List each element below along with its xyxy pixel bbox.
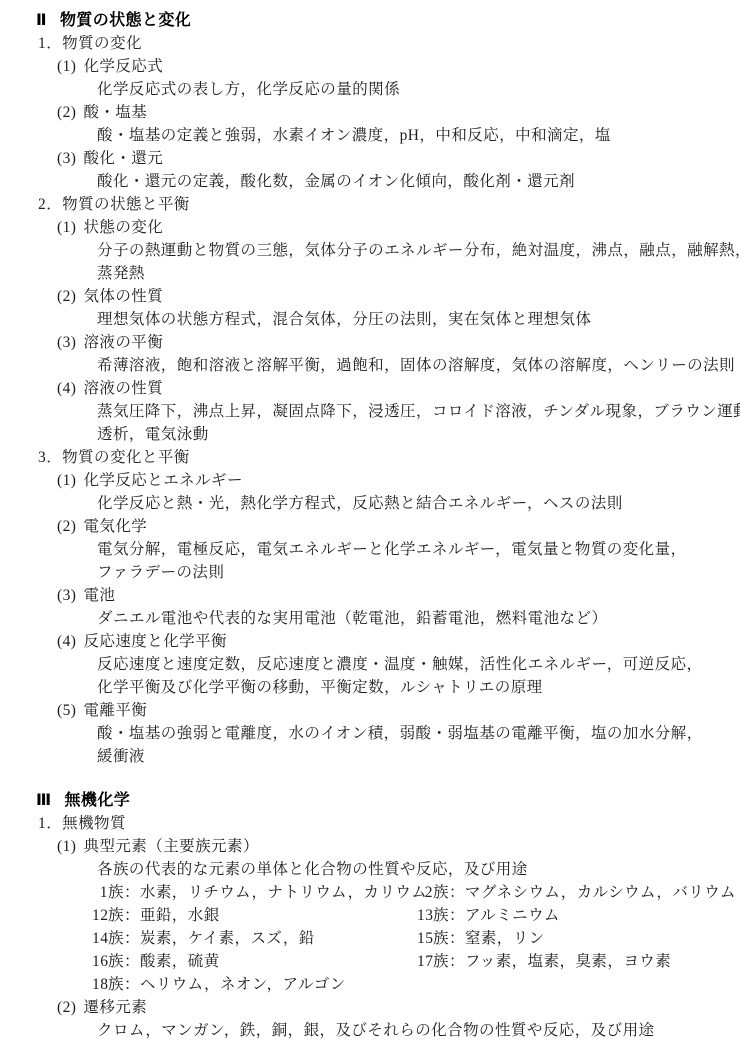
detail-line: 希薄溶液，飽和溶液と溶解平衡，過飽和，固体の溶解度，気体の溶解度，ヘンリーの法則 [36,354,724,377]
element-family-row: 18族：ヘリウム，ネオン，アルゴン [36,973,724,996]
item-title: 電気化学 [83,518,147,535]
family-cell-left: 14族：炭素，ケイ素，スズ，鉛 [92,930,315,947]
element-family-row: 14族：炭素，ケイ素，スズ，鉛15族：窒素，リン [36,927,724,950]
detail-line: ダニエル電池や代表的な実用電池（乾電池，鉛蓄電池，燃料電池など） [36,607,724,630]
item-label: (1) [57,838,76,855]
item-heading: (1)典型元素（主要族元素） [36,835,724,858]
item-label: (1) [57,472,76,489]
section-gap [36,768,724,789]
item-heading: (3)溶液の平衡 [36,331,724,354]
item-heading: (1)化学反応とエネルギー [36,469,724,492]
family-elements: ヘリウム，ネオン，アルゴン [140,976,346,993]
detail-line: 透析，電気泳動 [36,423,724,446]
family-elements: 水素，リチウム，ナトリウム，カリウム [140,884,427,901]
item-title: 化学反応とエネルギー [83,472,243,489]
item-title: 溶液の平衡 [83,334,163,351]
family-group-label: 族： [433,930,465,947]
section-title: 物質の状態と変化 [60,12,191,29]
item-heading: (3)電池 [36,584,724,607]
item-heading: (1)化学反応式 [36,55,724,78]
item-label: (3) [57,334,76,351]
section-heading: Ⅲ無機化学 [36,789,724,812]
item-title: 気体の性質 [83,288,163,305]
family-cell-left: 18族：ヘリウム，ネオン，アルゴン [92,976,346,993]
family-group-number: 1 [92,881,108,904]
detail-line: 蒸発熱 [36,262,724,285]
subsection-title: 1．無機物質 [36,812,724,835]
item-title: 溶液の性質 [83,380,163,397]
family-elements: 炭素，ケイ素，スズ，鉛 [140,930,315,947]
family-group-label: 族： [108,930,140,947]
subsection-title: 2．物質の状態と平衡 [36,193,724,216]
item-heading: (1)状態の変化 [36,216,724,239]
item-title: 化学反応式 [83,58,163,75]
family-cell-left: 12族：亜鉛，水銀 [92,907,220,924]
family-group-label: 族： [108,907,140,924]
subsection-title: 3．物質の変化と平衡 [36,446,724,469]
syllabus-document: Ⅱ物質の状態と変化1．物質の変化(1)化学反応式化学反応式の表し方，化学反応の量… [0,0,740,1042]
item-heading: (3)酸化・還元 [36,147,724,170]
family-elements: アルミニウム [465,907,560,924]
subsection-title: 1．物質の変化 [36,32,724,55]
item-title: 反応速度と化学平衡 [83,633,227,650]
family-group-number: 17 [417,950,433,973]
family-group-number: 18 [92,973,108,996]
element-family-row: 1族：水素，リチウム，ナトリウム，カリウム2族：マグネシウム，カルシウム，バリウ… [36,881,724,904]
family-elements: 亜鉛，水銀 [140,907,220,924]
element-family-row: 16族：酸素，硫黄17族：フッ素，塩素，臭素，ヨウ素 [36,950,724,973]
detail-line: 化学平衡及び化学平衡の移動，平衡定数，ルシャトリエの原理 [36,676,724,699]
item-title: 酸・塩基 [83,104,147,121]
item-label: (3) [57,150,76,167]
section-numeral: Ⅱ [36,12,47,29]
item-title: 酸化・還元 [83,150,163,167]
item-label: (1) [57,219,76,236]
family-group-label: 族： [433,953,465,970]
section-heading: Ⅱ物質の状態と変化 [36,9,724,32]
family-elements: 酸素，硫黄 [140,953,220,970]
family-group-label: 族： [108,884,140,901]
detail-line: 酸・塩基の強弱と電離度，水のイオン積，弱酸・弱塩基の電離平衡，塩の加水分解， [36,722,724,745]
section-numeral: Ⅲ [36,792,52,809]
detail-line: 反応速度と速度定数，反応速度と濃度・温度・触媒，活性化エネルギー，可逆反応， [36,653,724,676]
detail-line: クロム，マンガン，鉄，銅，銀，及びそれらの化合物の性質や反応，及び用途 [36,1019,724,1042]
detail-line: 各族の代表的な元素の単体と化合物の性質や反応，及び用途 [36,858,724,881]
item-label: (4) [57,633,76,650]
detail-line: 化学反応と熱・光，熱化学方程式，反応熱と結合エネルギー，ヘスの法則 [36,492,724,515]
item-title: 状態の変化 [83,219,163,236]
item-label: (2) [57,104,76,121]
family-group-label: 族： [433,884,465,901]
item-label: (2) [57,518,76,535]
family-group-label: 族： [433,907,465,924]
item-label: (1) [57,58,76,75]
item-label: (5) [57,702,76,719]
item-title: 電池 [83,587,115,604]
family-elements: フッ素，塩素，臭素，ヨウ素 [465,953,671,970]
family-group-label: 族： [108,976,140,993]
family-group-label: 族： [108,953,140,970]
family-cell-right: 17族：フッ素，塩素，臭素，ヨウ素 [417,950,671,973]
section-title: 無機化学 [65,792,131,809]
detail-line: 酸化・還元の定義，酸化数，金属のイオン化傾向，酸化剤・還元剤 [36,170,724,193]
item-heading: (2)酸・塩基 [36,101,724,124]
family-group-number: 16 [92,950,108,973]
detail-line: ファラデーの法則 [36,561,724,584]
family-cell-left: 1族：水素，リチウム，ナトリウム，カリウム [92,884,427,901]
item-title: 電離平衡 [83,702,147,719]
family-cell-right: 2族：マグネシウム，カルシウム，バリウム [417,881,736,904]
item-title: 典型元素（主要族元素） [83,838,258,855]
family-group-number: 14 [92,927,108,950]
family-group-number: 2 [417,881,433,904]
family-elements: 窒素，リン [465,930,545,947]
item-heading: (2)気体の性質 [36,285,724,308]
item-label: (2) [57,288,76,305]
family-group-number: 12 [92,904,108,927]
item-label: (4) [57,380,76,397]
detail-line: 化学反応式の表し方，化学反応の量的関係 [36,78,724,101]
detail-line: 蒸気圧降下，沸点上昇，凝固点降下，浸透圧，コロイド溶液，チンダル現象，ブラウン運… [36,400,724,423]
item-label: (2) [57,999,76,1016]
element-family-row: 12族：亜鉛，水銀13族：アルミニウム [36,904,724,927]
family-cell-right: 13族：アルミニウム [417,904,560,927]
detail-line: 理想気体の状態方程式，混合気体，分圧の法則，実在気体と理想気体 [36,308,724,331]
item-heading: (4)反応速度と化学平衡 [36,630,724,653]
item-label: (3) [57,587,76,604]
detail-line: 電気分解，電極反応，電気エネルギーと化学エネルギー，電気量と物質の変化量， [36,538,724,561]
item-heading: (4)溶液の性質 [36,377,724,400]
item-heading: (2)遷移元素 [36,996,724,1019]
family-group-number: 15 [417,927,433,950]
item-heading: (5)電離平衡 [36,699,724,722]
detail-line: 緩衝液 [36,745,724,768]
family-elements: マグネシウム，カルシウム，バリウム [465,884,736,901]
family-group-number: 13 [417,904,433,927]
family-cell-right: 15族：窒素，リン [417,927,545,950]
item-heading: (2)電気化学 [36,515,724,538]
item-title: 遷移元素 [83,999,147,1016]
detail-line: 酸・塩基の定義と強弱，水素イオン濃度，pH，中和反応，中和滴定，塩 [36,124,724,147]
detail-line: 分子の熱運動と物質の三態，気体分子のエネルギー分布，絶対温度，沸点，融点，融解熱… [36,239,724,262]
family-cell-left: 16族：酸素，硫黄 [92,953,220,970]
